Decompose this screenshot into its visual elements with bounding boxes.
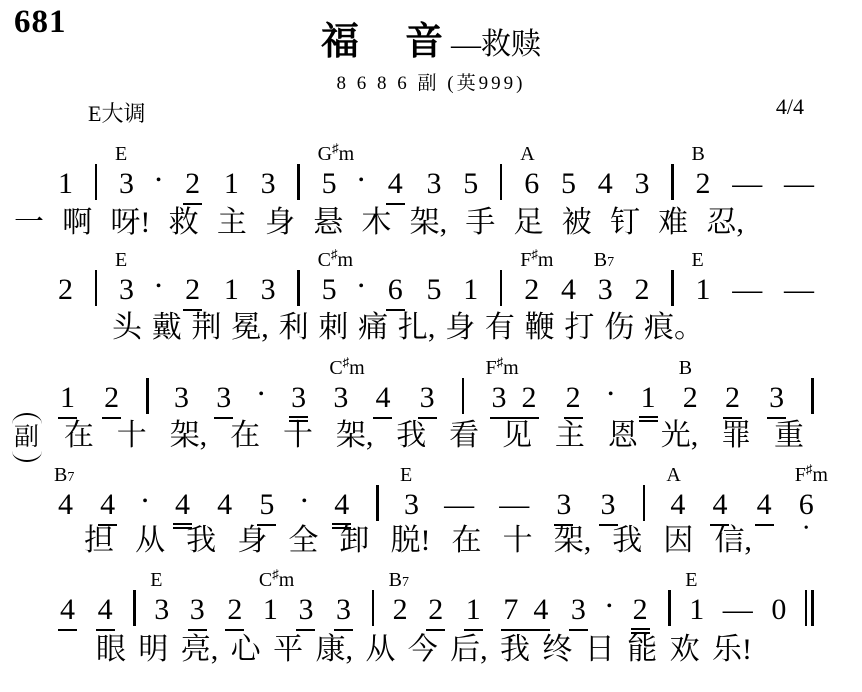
note: 6•F♯m	[799, 490, 814, 520]
rhythm-dot: •	[606, 599, 612, 615]
bar-line	[811, 378, 814, 414]
lyric-syllable: 脱!	[390, 524, 430, 559]
note: 3	[418, 383, 437, 419]
music-line-1: 13E•2135G♯m•4356A5432B——	[58, 157, 814, 205]
chord-label: F♯m	[795, 465, 828, 485]
note: 3	[767, 383, 786, 419]
bar-line	[146, 378, 149, 414]
note: 4	[96, 595, 115, 631]
music-line-3: 1233•33C♯m43F♯m322•12B23	[58, 371, 814, 422]
note: 5	[463, 169, 478, 199]
bar-line	[643, 485, 646, 521]
lyric-syllable: 在	[64, 419, 94, 454]
bar-line	[133, 590, 136, 626]
title-main: 福 音	[321, 21, 447, 63]
note: 4	[533, 595, 548, 625]
lyric-syllable: 身	[445, 311, 475, 346]
lyric-syllable: 眼	[96, 633, 126, 668]
note: 2	[225, 595, 244, 631]
bar-line	[95, 164, 98, 200]
note: 3	[569, 595, 588, 631]
duration-dash: —	[723, 595, 753, 625]
lyric-line-3: 副在十架,在十架,我看见主恩光,罪重	[14, 419, 804, 454]
note: 4	[561, 275, 576, 305]
title-subtitle: —救赎	[451, 28, 541, 61]
lyric-syllable: 手	[465, 206, 495, 241]
rhythm-dot: •	[258, 387, 264, 403]
chord-label: B	[691, 144, 704, 164]
lyric-syllable: 主	[217, 206, 247, 241]
rhythm-dot: •	[358, 173, 364, 189]
lyric-syllable: 能	[627, 633, 657, 668]
chord-label: G♯m	[318, 144, 355, 164]
lyric-line-5: 眼明亮,心平康,从今后,我终日能欢乐!	[96, 633, 752, 668]
duration-dash: —	[444, 490, 474, 520]
chord-label: B7	[54, 465, 74, 485]
lyric-syllable: 从	[365, 633, 395, 668]
lyric-syllable: 因	[663, 524, 693, 559]
arc-top-icon	[12, 413, 42, 424]
note: 3	[174, 383, 189, 413]
note: 4	[98, 490, 117, 526]
note: 3	[426, 169, 441, 199]
note: 3	[261, 275, 276, 305]
lyric-syllable: 痛	[358, 311, 388, 346]
note: 4	[598, 169, 613, 199]
lyric-syllable: 十	[503, 524, 533, 559]
lyric-syllable: 有	[485, 311, 515, 346]
lyric-syllable: 欢	[670, 633, 700, 668]
chorus-marker: 副	[14, 424, 39, 453]
lyric-syllable: 荆	[192, 311, 222, 346]
lyric-syllable: 啊	[62, 206, 92, 241]
rhythm-dot: •	[608, 387, 614, 403]
lyric-syllable: 心	[231, 633, 261, 668]
note: 1	[639, 383, 658, 422]
note: 2F♯m	[524, 275, 539, 305]
note: 2	[723, 383, 742, 419]
music-line-5: 443E321C♯m332B7217•43•21E—0	[58, 583, 814, 634]
lyric-line-1: 一啊呀!救主身悬木架,手足被钉难忍,	[14, 206, 744, 241]
note: 4	[373, 383, 392, 419]
note: 3E	[404, 490, 419, 520]
music-line-2: 23E•2135C♯m•6512F♯m43B721E——	[58, 263, 814, 311]
chord-label: B7	[594, 250, 614, 270]
lyric-syllable: 十	[117, 419, 147, 454]
note: 2	[102, 383, 121, 419]
rhythm-dot: •	[358, 279, 364, 295]
note: 3	[634, 169, 649, 199]
lyric-syllable: 今	[408, 633, 438, 668]
lyric-syllable: 我	[612, 524, 642, 559]
lyric-syllable: 鞭	[525, 311, 555, 346]
chord-label: E	[150, 570, 162, 590]
lyric-syllable: 光,	[661, 419, 699, 454]
chord-label: C♯m	[259, 570, 294, 590]
note: 4	[386, 169, 405, 205]
note: 2B7	[393, 595, 408, 625]
octave-dot: •	[804, 522, 809, 536]
lyric-syllable: 冕,	[231, 311, 269, 346]
chord-label: F♯m	[520, 250, 553, 270]
lyric-syllable: 难	[658, 206, 688, 241]
lyric-syllable: 从	[135, 524, 165, 559]
bar-line	[376, 485, 379, 521]
note: 1	[463, 275, 478, 305]
note: 6	[386, 275, 405, 311]
lyric-syllable: 在	[452, 524, 482, 559]
lyric-syllable: 罪	[721, 419, 751, 454]
note: 3C♯m	[333, 383, 348, 413]
note: 2	[183, 169, 202, 205]
note: 2	[631, 595, 650, 634]
lyric-syllable: 亮,	[181, 633, 219, 668]
bar-line	[297, 164, 300, 200]
rhythm-dot: •	[156, 279, 162, 295]
key-signature: E大调	[88, 97, 145, 128]
chord-label: B	[679, 358, 692, 378]
note: 5	[561, 169, 576, 199]
lyric-syllable: 救	[169, 206, 199, 241]
note: 4	[755, 490, 774, 526]
page-title: 福 音—救赎	[0, 10, 862, 65]
lyric-syllable: 被	[562, 206, 592, 241]
note: 4	[217, 490, 232, 520]
chord-label: A	[520, 144, 534, 164]
chord-label: B7	[389, 570, 409, 590]
lyric-syllable: 架,	[410, 206, 448, 241]
note: 4	[58, 595, 77, 631]
chord-label: E	[691, 250, 703, 270]
lyric-line-4: 担从我身全卸脱!在十架,我因信,	[84, 524, 752, 559]
lyric-syllable: 架,	[170, 419, 208, 454]
note: 5C♯m	[322, 275, 337, 305]
duration-dash: —	[499, 490, 529, 520]
chord-label: E	[685, 570, 697, 590]
note: 3	[599, 490, 618, 526]
lyric-syllable: 日	[585, 633, 615, 668]
note: 1	[58, 383, 77, 419]
chord-label: E	[115, 144, 127, 164]
note: 1	[224, 275, 239, 305]
lyric-syllable: 木	[361, 206, 391, 241]
bar-line	[671, 164, 674, 200]
lyric-syllable: 信,	[714, 524, 752, 559]
note: 3	[214, 383, 233, 419]
note: 3B7	[598, 275, 613, 305]
note: 2	[634, 275, 649, 305]
note: 3	[334, 595, 353, 631]
lyric-syllable: 乐!	[712, 633, 752, 668]
duration-dash: —	[784, 275, 814, 305]
bar-line	[805, 590, 808, 626]
lyric-syllable: 见	[502, 419, 532, 454]
lyric-syllable: 悬	[313, 206, 343, 241]
lyric-syllable: 身	[265, 206, 295, 241]
chord-label: E	[115, 250, 127, 270]
note: 3	[492, 383, 507, 413]
lyric-syllable: 戴	[152, 311, 182, 346]
lyric-syllable: 后,	[450, 633, 488, 668]
note: 1C♯m	[263, 595, 278, 625]
lyric-syllable: 看	[449, 419, 479, 454]
lyric-syllable: 我	[396, 419, 426, 454]
note: 4B7	[58, 490, 73, 520]
lyric-syllable: 刺	[318, 311, 348, 346]
note: 1E	[695, 275, 710, 305]
duration-dash: —	[784, 169, 814, 199]
bar-line	[671, 270, 674, 306]
lyric-syllable: 架,	[554, 524, 592, 559]
lyric-syllable: 卸	[339, 524, 369, 559]
note: 4A	[670, 490, 685, 520]
lyric-syllable: 忍,	[706, 206, 744, 241]
note: 3E	[154, 595, 169, 625]
bar-line	[297, 270, 300, 306]
chord-label: E	[400, 465, 412, 485]
note: 2	[426, 595, 445, 631]
lyric-syllable: 平	[273, 633, 303, 668]
note: 1	[58, 169, 73, 199]
note: 1E	[689, 595, 704, 625]
note: 3E	[119, 275, 134, 305]
note: 4	[710, 490, 729, 526]
note: 5G♯m	[322, 169, 337, 199]
note-group: 7•4	[501, 595, 550, 631]
note: 1	[224, 169, 239, 199]
note: 2B	[683, 383, 698, 413]
note: 6A	[524, 169, 539, 199]
lyric-syllable: 在	[230, 419, 260, 454]
lyric-syllable: 我	[186, 524, 216, 559]
lyric-syllable: 足	[514, 206, 544, 241]
note-group: F♯m32	[490, 383, 539, 419]
lyric-syllable: 钉	[610, 206, 640, 241]
note: 3E	[119, 169, 134, 199]
lyric-syllable: 头	[112, 311, 142, 346]
bar-line	[372, 590, 375, 626]
note: 5	[257, 490, 276, 526]
duration-dash: —	[732, 169, 762, 199]
note: 3	[289, 383, 308, 422]
chord-label: C♯m	[318, 250, 353, 270]
arc-bottom-icon	[12, 451, 42, 462]
lyric-syllable: 扎,	[398, 311, 436, 346]
lyric-syllable: 明	[138, 633, 168, 668]
lyric-syllable: 恩	[608, 419, 638, 454]
note: 2B	[695, 169, 710, 199]
bar-line	[462, 378, 465, 414]
lyric-syllable: 伤	[604, 311, 634, 346]
lyric-line-2: 头戴荆冕,利刺痛扎,身有鞭打伤痕。	[112, 311, 704, 346]
rhythm-dot: •	[301, 494, 307, 510]
lyric-syllable: 十	[283, 419, 313, 454]
bar-line	[811, 590, 814, 626]
hymn-sheet: 681 福 音—救赎 8 6 8 6 副 (英999) E大调 4/4 13E•…	[0, 0, 862, 692]
lyric-syllable: 康,	[315, 633, 353, 668]
time-signature: 4/4	[776, 94, 804, 120]
lyric-syllable: 痕。	[644, 311, 704, 346]
verse-number: 一	[14, 206, 44, 241]
lyric-syllable: 打	[564, 311, 594, 346]
lyric-syllable: 全	[288, 524, 318, 559]
lyric-syllable: 我	[500, 633, 530, 668]
note: 0	[771, 595, 786, 625]
duration-dash: —	[732, 275, 762, 305]
lyric-syllable: 利	[279, 311, 309, 346]
bar-line	[500, 164, 503, 200]
final-bar-line	[805, 583, 814, 619]
chord-label: C♯m	[329, 358, 364, 378]
rhythm-dot: •	[142, 494, 148, 510]
note: 2	[183, 275, 202, 311]
note: 2	[58, 275, 73, 305]
lyric-syllable: 担	[84, 524, 114, 559]
lyric-syllable: 主	[555, 419, 585, 454]
lyric-syllable: 身	[237, 524, 267, 559]
note: 3	[296, 595, 315, 631]
music-line-4: 4B74•445•43E——334A446•F♯m	[58, 478, 814, 529]
bar-line	[668, 590, 671, 626]
lyric-syllable: 终	[542, 633, 572, 668]
lyric-syllable: 重	[774, 419, 804, 454]
meter-line: 8 6 8 6 副 (英999)	[0, 68, 862, 95]
lyric-syllable: 呀!	[110, 206, 150, 241]
lyric-syllable: 架,	[336, 419, 374, 454]
note: 3	[554, 490, 573, 526]
chord-label: F♯m	[486, 358, 519, 378]
chord-label: A	[666, 465, 680, 485]
bar-line	[500, 270, 503, 306]
note: 1	[464, 595, 483, 631]
note: 3	[261, 169, 276, 199]
note: 5	[426, 275, 441, 305]
note: 2	[564, 383, 583, 419]
note: 7•	[503, 595, 518, 625]
rhythm-dot: •	[156, 173, 162, 189]
note: 3	[188, 595, 207, 631]
bar-line	[95, 270, 98, 306]
note: 2	[522, 383, 537, 413]
